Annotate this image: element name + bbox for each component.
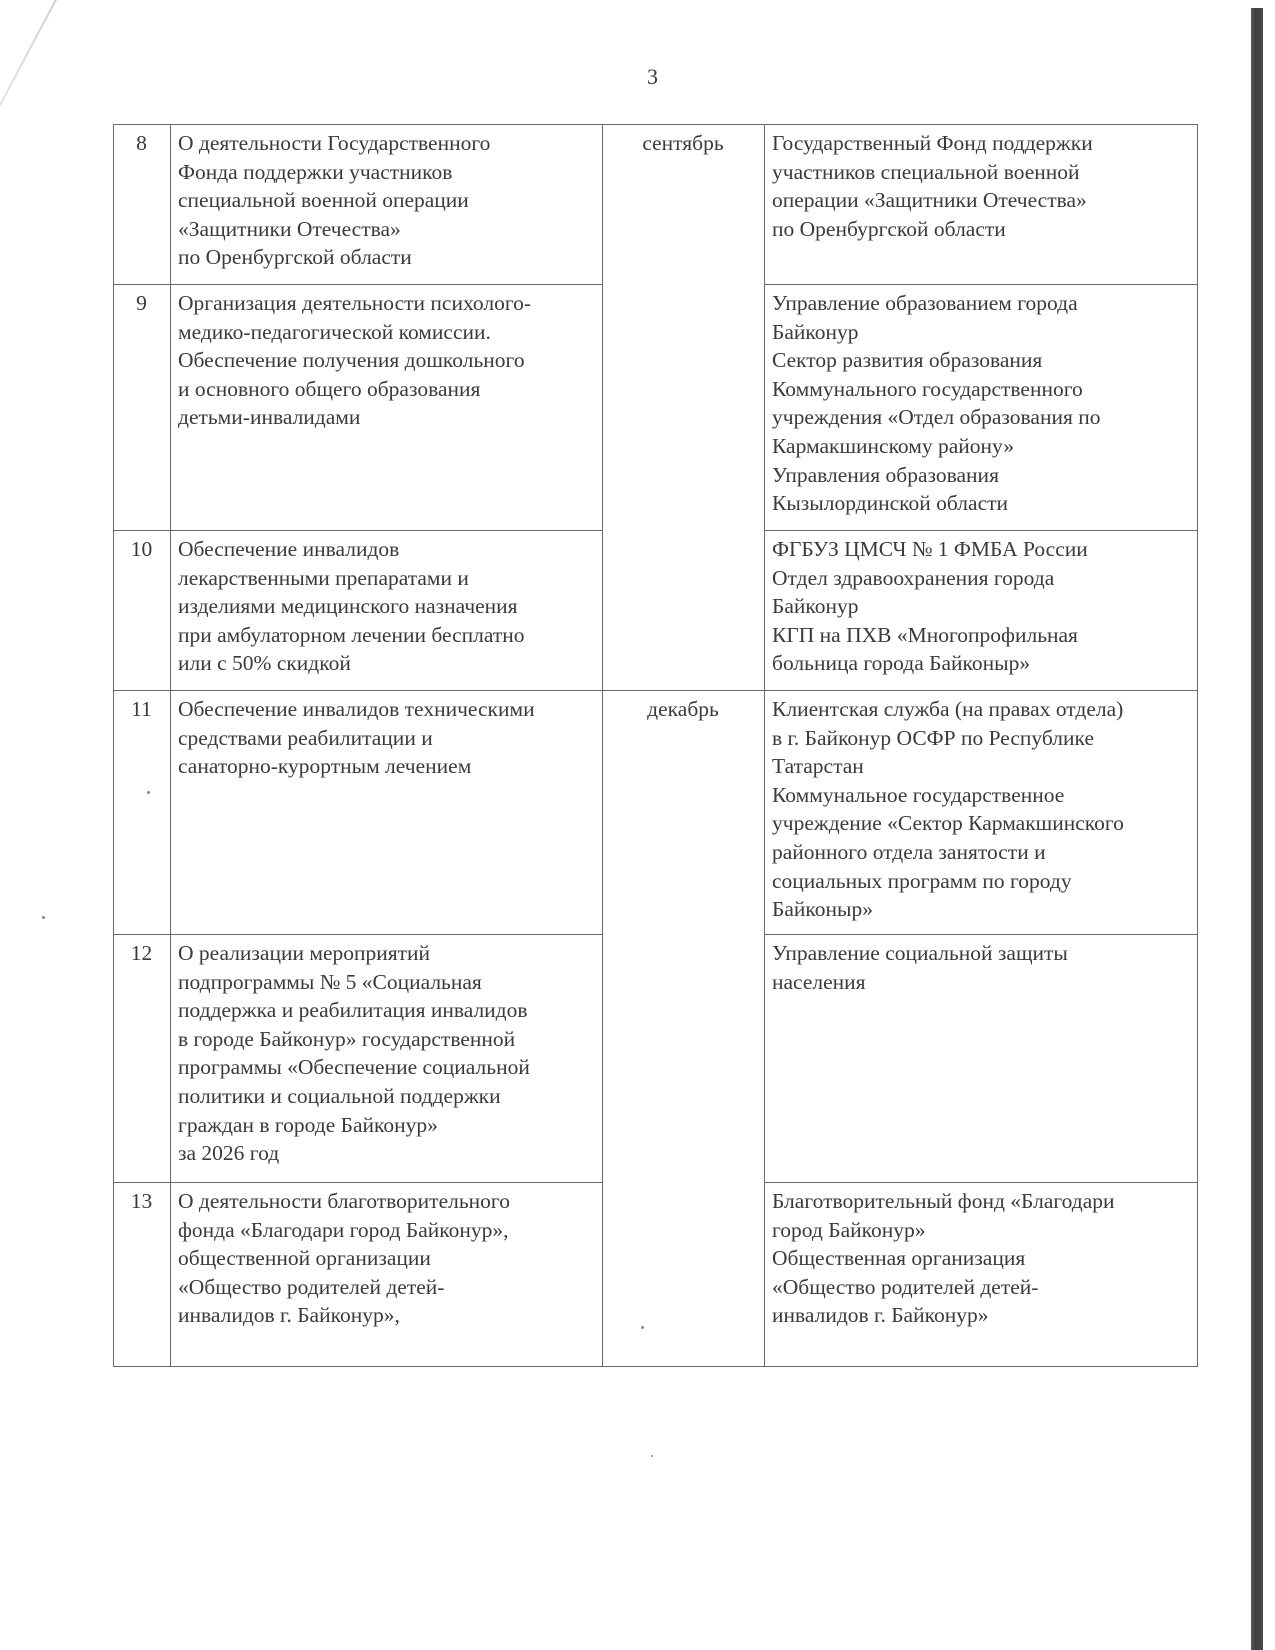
cell-text-line: Управления образования (772, 461, 1189, 490)
cell-text-line: подпрограммы № 5 «Социальная (178, 968, 594, 997)
cell-text-line: политики и социальной поддержки (178, 1082, 594, 1111)
responsible-organizations: ФГБУЗ ЦМСЧ № 1 ФМБА РоссииОтдел здравоох… (765, 531, 1198, 691)
scan-edge-shadow (1251, 8, 1263, 1650)
row-number: 8 (114, 125, 171, 285)
cell-text-line: Благотворительный фонд «Благодари (772, 1187, 1189, 1216)
cell-text-line: Общественная организация (772, 1244, 1189, 1273)
cell-text-line: Государственный Фонд поддержки (772, 129, 1189, 158)
cell-text-line: О деятельности благотворительного (178, 1187, 594, 1216)
cell-text-line: поддержка и реабилитация инвалидов (178, 996, 594, 1025)
cell-text-line: Обеспечение получения дошкольного (178, 346, 594, 375)
cell-text-line: за 2026 год (178, 1139, 594, 1168)
cell-text-line: Клиентская служба (на правах отдела) (772, 695, 1189, 724)
table-row: 11Обеспечение инвалидов техническимисред… (114, 691, 1198, 935)
cell-text-line: учреждения «Отдел образования по (772, 403, 1189, 432)
cell-text-line: Татарстан (772, 752, 1189, 781)
cell-text-line: по Оренбургской области (178, 243, 594, 272)
cell-text-line: Управление образованием города (772, 289, 1189, 318)
cell-text-line: Фонда поддержки участников (178, 158, 594, 187)
cell-text-line: О реализации мероприятий (178, 939, 594, 968)
cell-text-line: «Защитники Отечества» (178, 215, 594, 244)
cell-text-line: операции «Защитники Отечества» (772, 186, 1189, 215)
row-number: 11 (114, 691, 171, 935)
cell-text-line: по Оренбургской области (772, 215, 1189, 244)
cell-text-line: ФГБУЗ ЦМСЧ № 1 ФМБА России (772, 535, 1189, 564)
cell-text-line: лекарственными препаратами и (178, 564, 594, 593)
cell-text-line: Отдел здравоохранения города (772, 564, 1189, 593)
cell-text-line: Байконур (772, 318, 1189, 347)
cell-text-line: или с 50% скидкой (178, 649, 594, 678)
row-number: 10 (114, 531, 171, 691)
cell-text-line: Организация деятельности психолого- (178, 289, 594, 318)
scan-speck (42, 916, 45, 919)
cell-text-line: программы «Обеспечение социальной (178, 1053, 594, 1082)
responsible-organizations: Управление образованием городаБайконурСе… (765, 285, 1198, 531)
responsible-organizations: Государственный Фонд поддержкиучастников… (765, 125, 1198, 285)
event-topic: О деятельности благотворительногофонда «… (171, 1183, 603, 1367)
responsible-organizations: Управление социальной защитынаселения (765, 935, 1198, 1183)
cell-text-line: участников специальной военной (772, 158, 1189, 187)
cell-text-line: населения (772, 968, 1189, 997)
cell-text-line: и основного общего образования (178, 375, 594, 404)
cell-text-line: Коммунальное государственное (772, 781, 1189, 810)
cell-text-line: изделиями медицинского назначения (178, 592, 594, 621)
event-topic: О деятельности ГосударственногоФонда под… (171, 125, 603, 285)
row-number: 13 (114, 1183, 171, 1367)
cell-text-line: город Байконур» (772, 1216, 1189, 1245)
cell-text-line: «Общество родителей детей- (772, 1273, 1189, 1302)
cell-text-line: Управление социальной защиты (772, 939, 1189, 968)
cell-text-line: Коммунального государственного (772, 375, 1189, 404)
event-topic: Обеспечение инвалидов техническимисредст… (171, 691, 603, 935)
cell-text-line: в городе Байконур» государственной (178, 1025, 594, 1054)
cell-text-line: медико-педагогической комиссии. (178, 318, 594, 347)
cell-text-line: граждан в городе Байконур» (178, 1111, 594, 1140)
event-topic: О реализации мероприятийподпрограммы № 5… (171, 935, 603, 1183)
cell-text-line: санаторно-курортным лечением (178, 752, 594, 781)
cell-text-line: Кызылординской области (772, 489, 1189, 518)
cell-text-line: инвалидов г. Байконур» (772, 1301, 1189, 1330)
cell-text-line: Сектор развития образования (772, 346, 1189, 375)
row-number: 9 (114, 285, 171, 531)
cell-text-line: Обеспечение инвалидов (178, 535, 594, 564)
cell-text-line: Кармакшинскому району» (772, 432, 1189, 461)
event-term: сентябрь (603, 125, 765, 691)
cell-text-line: больница города Байконыр» (772, 649, 1189, 678)
table-row: 8О деятельности ГосударственногоФонда по… (114, 125, 1198, 285)
cell-text-line: средствами реабилитации и (178, 724, 594, 753)
cell-text-line: при амбулаторном лечении бесплатно (178, 621, 594, 650)
row-number: 12 (114, 935, 171, 1183)
cell-text-line: учреждение «Сектор Кармакшинского (772, 809, 1189, 838)
scan-speck (651, 1455, 653, 1457)
cell-text-line: социальных программ по городу (772, 867, 1189, 896)
events-plan-table: 8О деятельности ГосударственногоФонда по… (113, 124, 1198, 1367)
responsible-organizations: Клиентская служба (на правах отдела)в г.… (765, 691, 1198, 935)
event-topic: Организация деятельности психолого-медик… (171, 285, 603, 531)
page-number: 3 (0, 64, 1275, 90)
cell-text-line: КГП на ПХВ «Многопрофильная (772, 621, 1189, 650)
cell-text-line: «Общество родителей детей- (178, 1273, 594, 1302)
cell-text-line: детьми-инвалидами (178, 403, 594, 432)
cell-text-line: в г. Байконур ОСФР по Республике (772, 724, 1189, 753)
cell-text-line: Обеспечение инвалидов техническими (178, 695, 594, 724)
cell-text-line: специальной военной операции (178, 186, 594, 215)
cell-text-line: О деятельности Государственного (178, 129, 594, 158)
event-topic: Обеспечение инвалидовлекарственными преп… (171, 531, 603, 691)
cell-text-line: инвалидов г. Байконур», (178, 1301, 594, 1330)
cell-text-line: общественной организации (178, 1244, 594, 1273)
cell-text-line: Байконур (772, 592, 1189, 621)
event-term: декабрь (603, 691, 765, 1367)
responsible-organizations: Благотворительный фонд «Благодаригород Б… (765, 1183, 1198, 1367)
cell-text-line: районного отдела занятости и (772, 838, 1189, 867)
cell-text-line: фонда «Благодари город Байконур», (178, 1216, 594, 1245)
cell-text-line: Байконыр» (772, 895, 1189, 924)
